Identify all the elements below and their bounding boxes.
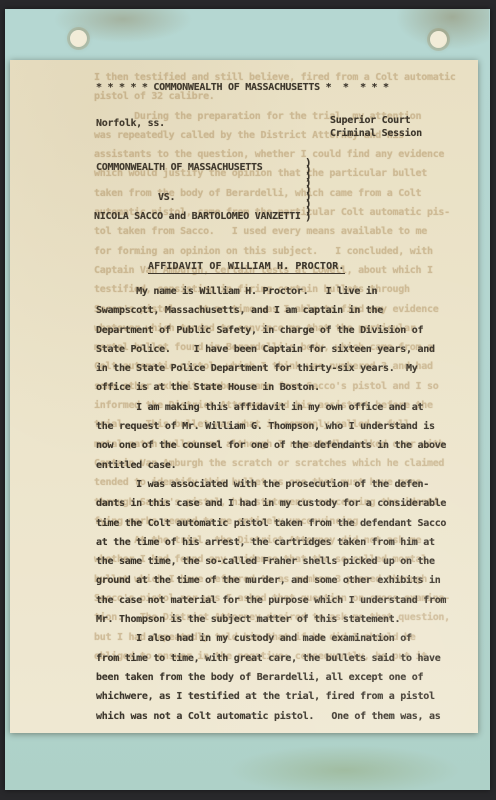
caption-defendants: NICOLA SACCO and BARTOLOMEO VANZETTI <box>94 211 301 222</box>
photo-background: I then testified and still believe, fire… <box>0 0 496 800</box>
affidavit-page: I then testified and still believe, fire… <box>10 60 478 733</box>
punch-hole-right <box>430 31 447 48</box>
caption-plaintiff: COMMONWEALTH OF MASSACHUSETTS <box>96 162 262 173</box>
venue-caption: Norfolk, ss. <box>96 118 165 129</box>
affidavit-title: AFFIDAVIT OF WILLIAM H. PROCTOR. <box>148 261 345 274</box>
caption-vs: VS. <box>158 192 175 203</box>
document-header-stars: * * * * * COMMONWEALTH OF MASSACHUSETTS … <box>96 82 389 93</box>
docket-brace: ))))))))) <box>305 160 312 221</box>
affidavit-body: My name is William H. Proctor. I live in… <box>96 282 446 726</box>
punch-hole-left <box>70 30 87 47</box>
stain-bottom <box>227 745 462 791</box>
court-caption: Superior CourtCriminal Session <box>330 114 422 140</box>
